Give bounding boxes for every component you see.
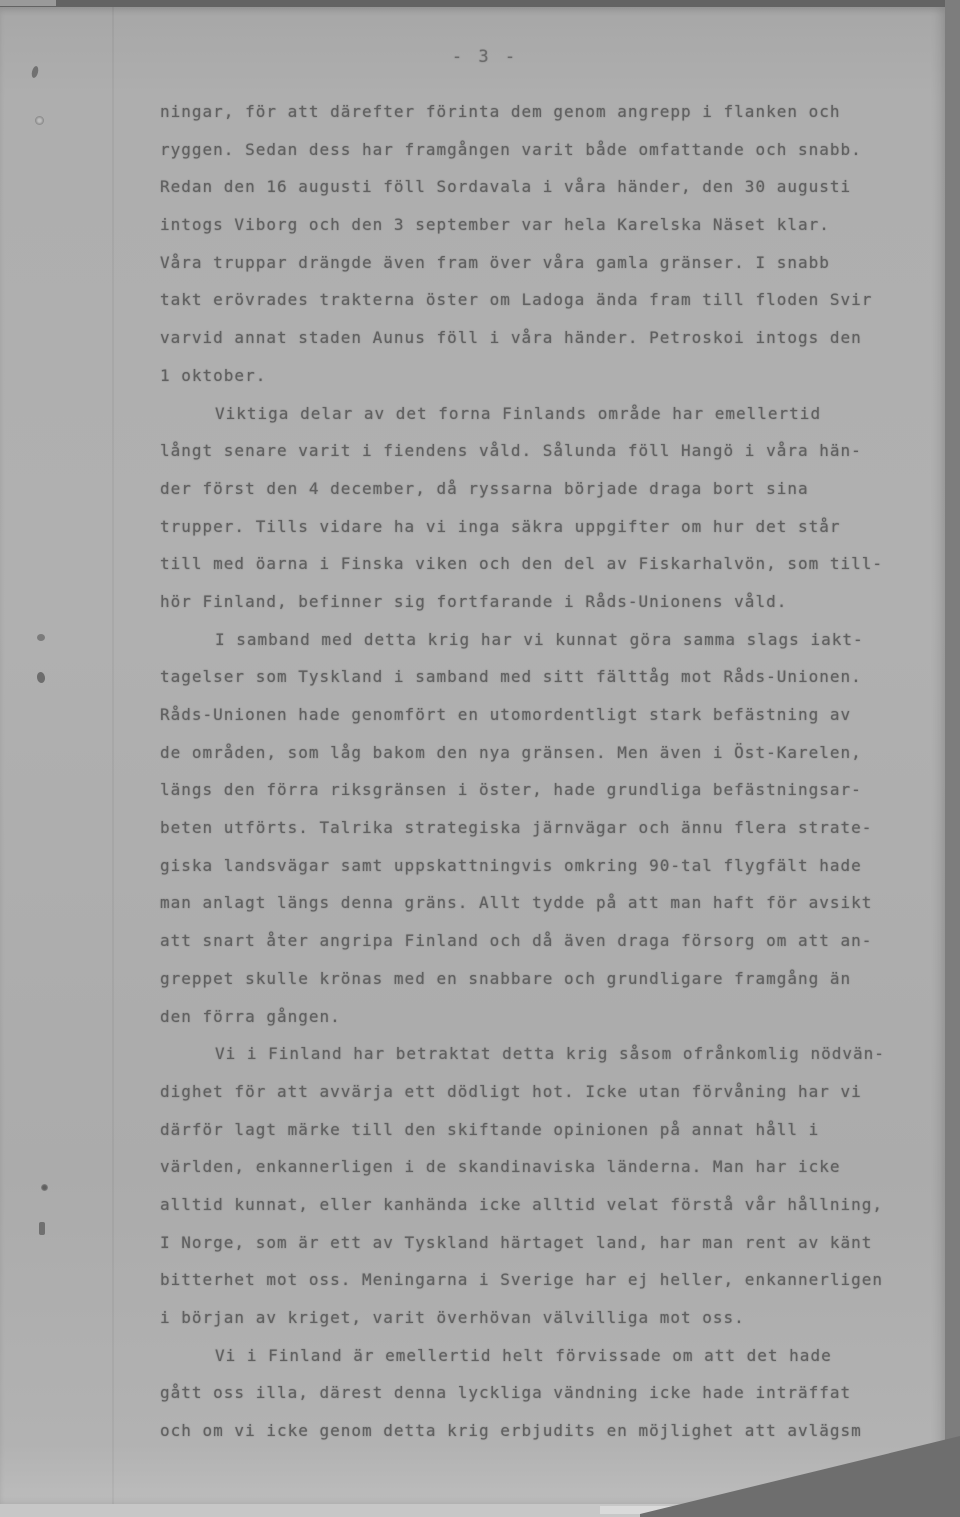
scan-bottom-edge xyxy=(0,1504,960,1517)
text-line: giska landsvägar samt uppskattningvis om… xyxy=(160,847,900,885)
text-line: 1 oktober. xyxy=(160,357,900,395)
text-line: de områden, som låg bakom den nya gränse… xyxy=(160,734,900,772)
paper-crease-line xyxy=(112,7,114,1504)
text-line: man anlagt längs denna gräns. Allt tydde… xyxy=(160,884,900,922)
text-line: långt senare varit i fiendens våld. Sålu… xyxy=(160,432,900,470)
text-line: världen, enkannerligen i de skandinavisk… xyxy=(160,1148,900,1186)
text-line: takt erövrades trakterna öster om Ladoga… xyxy=(160,281,900,319)
paragraph: I samband med detta krig har vi kunnat g… xyxy=(160,621,900,1036)
text-line: att snart åter angripa Finland och då äv… xyxy=(160,922,900,960)
text-line: hör Finland, befinner sig fortfarande i … xyxy=(160,583,900,621)
text-line: tagelser som Tyskland i samband med sitt… xyxy=(160,658,900,696)
text-line: Viktiga delar av det forna Finlands områ… xyxy=(160,395,900,433)
paper-sheet: - 3 - ningar, för att därefter förinta d… xyxy=(0,7,945,1504)
paper-speck xyxy=(39,1222,45,1235)
text-line: Vi i Finland är emellertid helt förvissa… xyxy=(160,1337,900,1375)
text-line: Redan den 16 augusti föll Sordavala i vå… xyxy=(160,168,900,206)
text-line: beten utförts. Talrika strategiska järnv… xyxy=(160,809,900,847)
scan-top-edge xyxy=(0,0,960,7)
text-line: bitterhet mot oss. Meningarna i Sverige … xyxy=(160,1261,900,1299)
scan-top-edge-notch xyxy=(0,0,56,6)
text-line: I Norge, som är ett av Tyskland härtaget… xyxy=(160,1224,900,1262)
text-line: der först den 4 december, då ryssarna bö… xyxy=(160,470,900,508)
text-line: ryggen. Sedan dess har framgången varit … xyxy=(160,131,900,169)
page-number: - 3 - xyxy=(395,47,575,67)
text-line: greppet skulle krönas med en snabbare oc… xyxy=(160,960,900,998)
text-line: Råds-Unionen hade genomfört en utomorden… xyxy=(160,696,900,734)
paper-speck xyxy=(35,116,44,125)
paragraph: Viktiga delar av det forna Finlands områ… xyxy=(160,395,900,621)
text-line: därför lagt märke till den skiftande opi… xyxy=(160,1111,900,1149)
scan-right-edge xyxy=(945,0,960,1517)
text-line: Våra truppar drängde även fram över våra… xyxy=(160,244,900,282)
text-line: I samband med detta krig har vi kunnat g… xyxy=(160,621,900,659)
text-line: trupper. Tills vidare ha vi inga säkra u… xyxy=(160,508,900,546)
paper-speck xyxy=(37,634,45,641)
text-line: gått oss illa, därest denna lyckliga vän… xyxy=(160,1374,900,1412)
paragraph: Vi i Finland har betraktat detta krig så… xyxy=(160,1035,900,1337)
text-line: dighet för att avvärja ett dödligt hot. … xyxy=(160,1073,900,1111)
text-line: i början av kriget, varit överhövan välv… xyxy=(160,1299,900,1337)
text-line: till med öarna i Finska viken och den de… xyxy=(160,545,900,583)
text-line: längs den förra riksgränsen i öster, had… xyxy=(160,771,900,809)
paragraph: ningar, för att därefter förinta dem gen… xyxy=(160,93,900,395)
text-line: varvid annat staden Aunus föll i våra hä… xyxy=(160,319,900,357)
text-line: alltid kunnat, eller kanhända icke allti… xyxy=(160,1186,900,1224)
paper-speck xyxy=(41,1184,48,1191)
scan-bottom-glare xyxy=(600,1506,680,1514)
document-text: ningar, för att därefter förinta dem gen… xyxy=(160,93,900,1450)
text-line: ningar, för att därefter förinta dem gen… xyxy=(160,93,900,131)
text-line: den förra gången. xyxy=(160,998,900,1036)
scan-background: - 3 - ningar, för att därefter förinta d… xyxy=(0,0,960,1517)
paragraph: Vi i Finland är emellertid helt förvissa… xyxy=(160,1337,900,1450)
text-line: intogs Viborg och den 3 september var he… xyxy=(160,206,900,244)
text-line: och om vi icke genom detta krig erbjudit… xyxy=(160,1412,900,1450)
text-line: Vi i Finland har betraktat detta krig så… xyxy=(160,1035,900,1073)
